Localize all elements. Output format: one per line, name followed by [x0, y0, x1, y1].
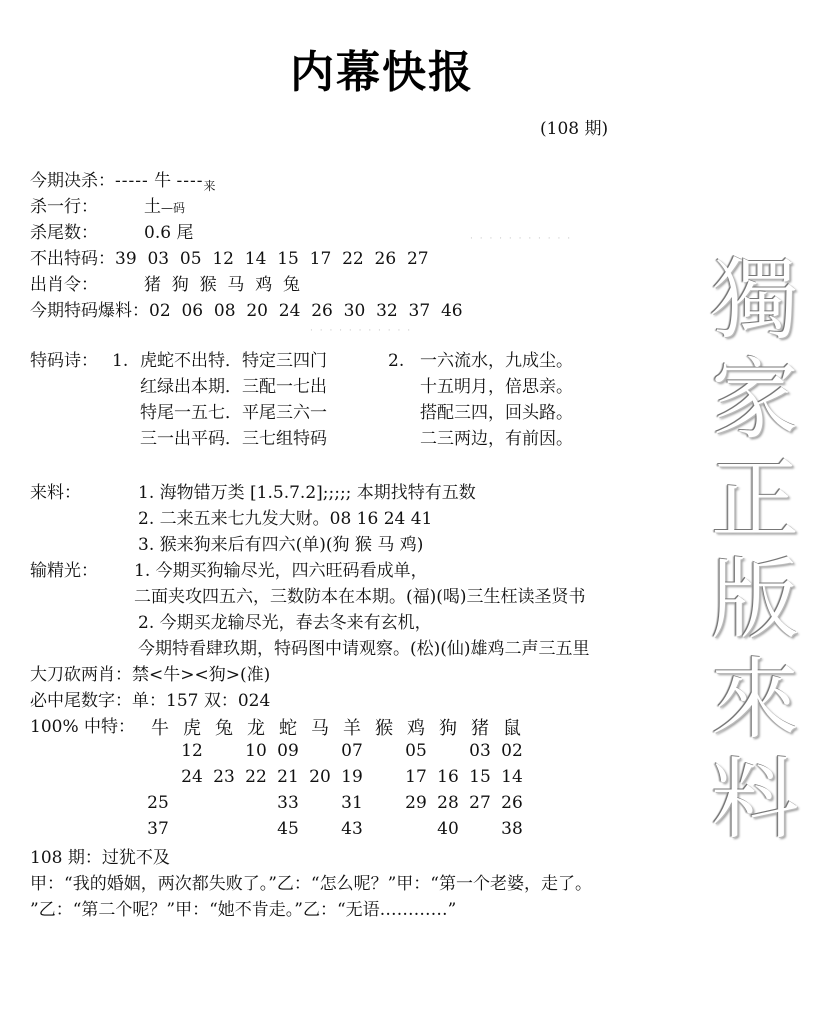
chu-xiao-ling-line: 出肖令：猪 狗 猴 马 鸡 兔	[30, 272, 300, 298]
poem-part1-line: 三一出平码．三七组特码	[140, 426, 327, 452]
grid-cell: 15	[463, 767, 497, 787]
faint-text: · · · · · · · · · · ·	[470, 234, 572, 244]
grid-cell: 29	[399, 793, 433, 813]
zhong-te-label: 100% 中特：	[30, 714, 135, 740]
lai-liao-label: 来料：	[30, 480, 81, 506]
faint-text: · · · · · · · · · · ·	[310, 326, 412, 336]
zodiac-header: 牛	[144, 714, 176, 740]
bi-zhong-value: 单：157 双：024	[132, 691, 270, 711]
bao-liao-label: 今期特码爆料：	[30, 301, 149, 321]
banner-char: 正	[700, 450, 810, 550]
grid-cell: 02	[495, 741, 529, 761]
grid-cell: 27	[463, 793, 497, 813]
poem-label: 特码诗：	[30, 348, 98, 374]
grid-cell: 05	[399, 741, 433, 761]
banner-char: 版	[700, 550, 810, 650]
zodiac-header: 猴	[368, 714, 400, 740]
poem-part2-line: 十五明月，倍思亲。	[420, 374, 573, 400]
banner-char: 料	[700, 750, 810, 850]
joke-title: 108 期：过犹不及	[30, 845, 170, 871]
shu-jing-guang-item: 今期特看肆玖期，特码图中请观察。(松)(仙)雄鸡二声三五里	[138, 636, 590, 662]
shu-jing-guang-label: 输精光：	[30, 558, 98, 584]
grid-cell: 33	[271, 793, 305, 813]
grid-cell: 26	[495, 793, 529, 813]
zodiac-header: 鸡	[400, 714, 432, 740]
grid-cell: 21	[271, 767, 305, 787]
jue-sha-label: 今期决杀：	[30, 171, 115, 191]
grid-cell: 16	[431, 767, 465, 787]
shu-jing-guang-item: 1. 今期买狗输尽光，四六旺码看成单，	[134, 558, 428, 584]
chu-xiao-ling-value: 猪 狗 猴 马 鸡 兔	[144, 275, 300, 295]
poem-part1-line: 红绿出本期．三配一七出	[140, 374, 327, 400]
bao-liao-value: 02 06 08 20 24 26 30 32 37 46	[149, 301, 463, 321]
poem-part2-line: 搭配三四，回头路。	[420, 400, 573, 426]
banner-char: 來	[700, 650, 810, 750]
sha-yi-hang-value: 土	[144, 197, 161, 217]
grid-cell: 07	[335, 741, 369, 761]
poem-part1-line: 虎蛇不出特．特定三四门	[140, 348, 327, 374]
grid-cell: 25	[141, 793, 175, 813]
issue-number: (108 期)	[540, 114, 608, 139]
sha-yi-hang-label: 杀一行：	[30, 194, 144, 220]
lai-liao-item: 2. 二来五来七九发大财。08 16 24 41	[138, 506, 432, 532]
zodiac-header: 猪	[464, 714, 496, 740]
lai-liao-item: 1. 海物错万类 [1.5.7.2];;;;; 本期找特有五数	[138, 480, 476, 506]
poem-part1-number: 1.	[112, 348, 128, 374]
grid-cell: 24	[175, 767, 209, 787]
joke-line: ”乙：“第二个呢？”甲：“她不肯走。”乙：“无语…………”	[30, 897, 456, 923]
poem-part1-line: 特尾一五七．平尾三六一	[140, 400, 327, 426]
sha-wei-shu-line: 杀尾数：0.6 尾	[30, 220, 193, 246]
page-title: 内幕快报	[290, 36, 474, 100]
jue-sha-line: 今期决杀：----- 牛 ----来	[30, 168, 216, 195]
grid-cell: 22	[239, 767, 273, 787]
grid-cell: 40	[431, 819, 465, 839]
grid-cell: 17	[399, 767, 433, 787]
zodiac-header: 蛇	[272, 714, 304, 740]
sha-wei-shu-label: 杀尾数：	[30, 220, 144, 246]
shu-jing-guang-item: 2. 今期买龙输尽光，春去冬来有玄机，	[138, 610, 432, 636]
sha-wei-shu-value: 0.6 尾	[144, 223, 193, 243]
side-banner: 獨 家 正 版 來 料	[700, 250, 810, 850]
joke-line: 甲：“我的婚姻，两次都失败了。”乙：“怎么呢？”甲：“第一个老婆，走了。	[30, 871, 592, 897]
zodiac-header: 鼠	[496, 714, 528, 740]
poem-part2-number: 2.	[388, 348, 404, 374]
zodiac-header: 羊	[336, 714, 368, 740]
da-dao-value: 禁<牛><狗>(准)	[132, 665, 270, 685]
grid-cell: 23	[207, 767, 241, 787]
grid-cell: 12	[175, 741, 209, 761]
grid-cell: 14	[495, 767, 529, 787]
grid-cell: 28	[431, 793, 465, 813]
zodiac-header: 龙	[240, 714, 272, 740]
grid-cell: 19	[335, 767, 369, 787]
grid-cell: 09	[271, 741, 305, 761]
banner-char: 家	[700, 350, 810, 450]
grid-cell: 10	[239, 741, 273, 761]
grid-cell: 45	[271, 819, 305, 839]
zodiac-header: 虎	[176, 714, 208, 740]
grid-cell: 43	[335, 819, 369, 839]
bu-chu-te-ma-label: 不出特码：	[30, 249, 115, 269]
chu-xiao-ling-label: 出肖令：	[30, 272, 144, 298]
dash-suffix: ----	[177, 171, 204, 191]
poem-part2-line: 一六流水，九成尘。	[420, 348, 573, 374]
zodiac-header: 狗	[432, 714, 464, 740]
bu-chu-te-ma-line: 不出特码：39 03 05 12 14 15 17 22 26 27	[30, 246, 429, 272]
bi-zhong-line: 必中尾数字：单：157 双：024	[30, 688, 270, 714]
bao-liao-line: 今期特码爆料：02 06 08 20 24 26 30 32 37 46	[30, 298, 463, 324]
bi-zhong-label: 必中尾数字：	[30, 691, 132, 711]
dash-prefix: -----	[115, 171, 149, 191]
grid-cell: 03	[463, 741, 497, 761]
sha-yi-hang-sub: —码	[161, 201, 185, 215]
bu-chu-te-ma-value: 39 03 05 12 14 15 17 22 26 27	[115, 249, 429, 269]
sha-yi-hang-line: 杀一行：土—码	[30, 194, 185, 221]
grid-cell: 37	[141, 819, 175, 839]
lai-liao-item: 3. 猴来狗来后有四六(单)(狗 猴 马 鸡)	[138, 532, 423, 558]
shu-jing-guang-item: 二面夹攻四五六，三数防本在本期。(福)(喝)三生枉读圣贤书	[134, 584, 586, 610]
jue-sha-value: 牛	[154, 171, 171, 191]
grid-cell: 31	[335, 793, 369, 813]
grid-cell: 38	[495, 819, 529, 839]
grid-cell: 20	[303, 767, 337, 787]
da-dao-label: 大刀砍两肖：	[30, 665, 132, 685]
zodiac-header: 兔	[208, 714, 240, 740]
poem-part2-line: 二三两边，有前因。	[420, 426, 573, 452]
banner-char: 獨	[700, 250, 810, 350]
da-dao-line: 大刀砍两肖：禁<牛><狗>(准)	[30, 662, 270, 688]
jue-sha-sub: 来	[204, 179, 216, 193]
zodiac-header: 马	[304, 714, 336, 740]
